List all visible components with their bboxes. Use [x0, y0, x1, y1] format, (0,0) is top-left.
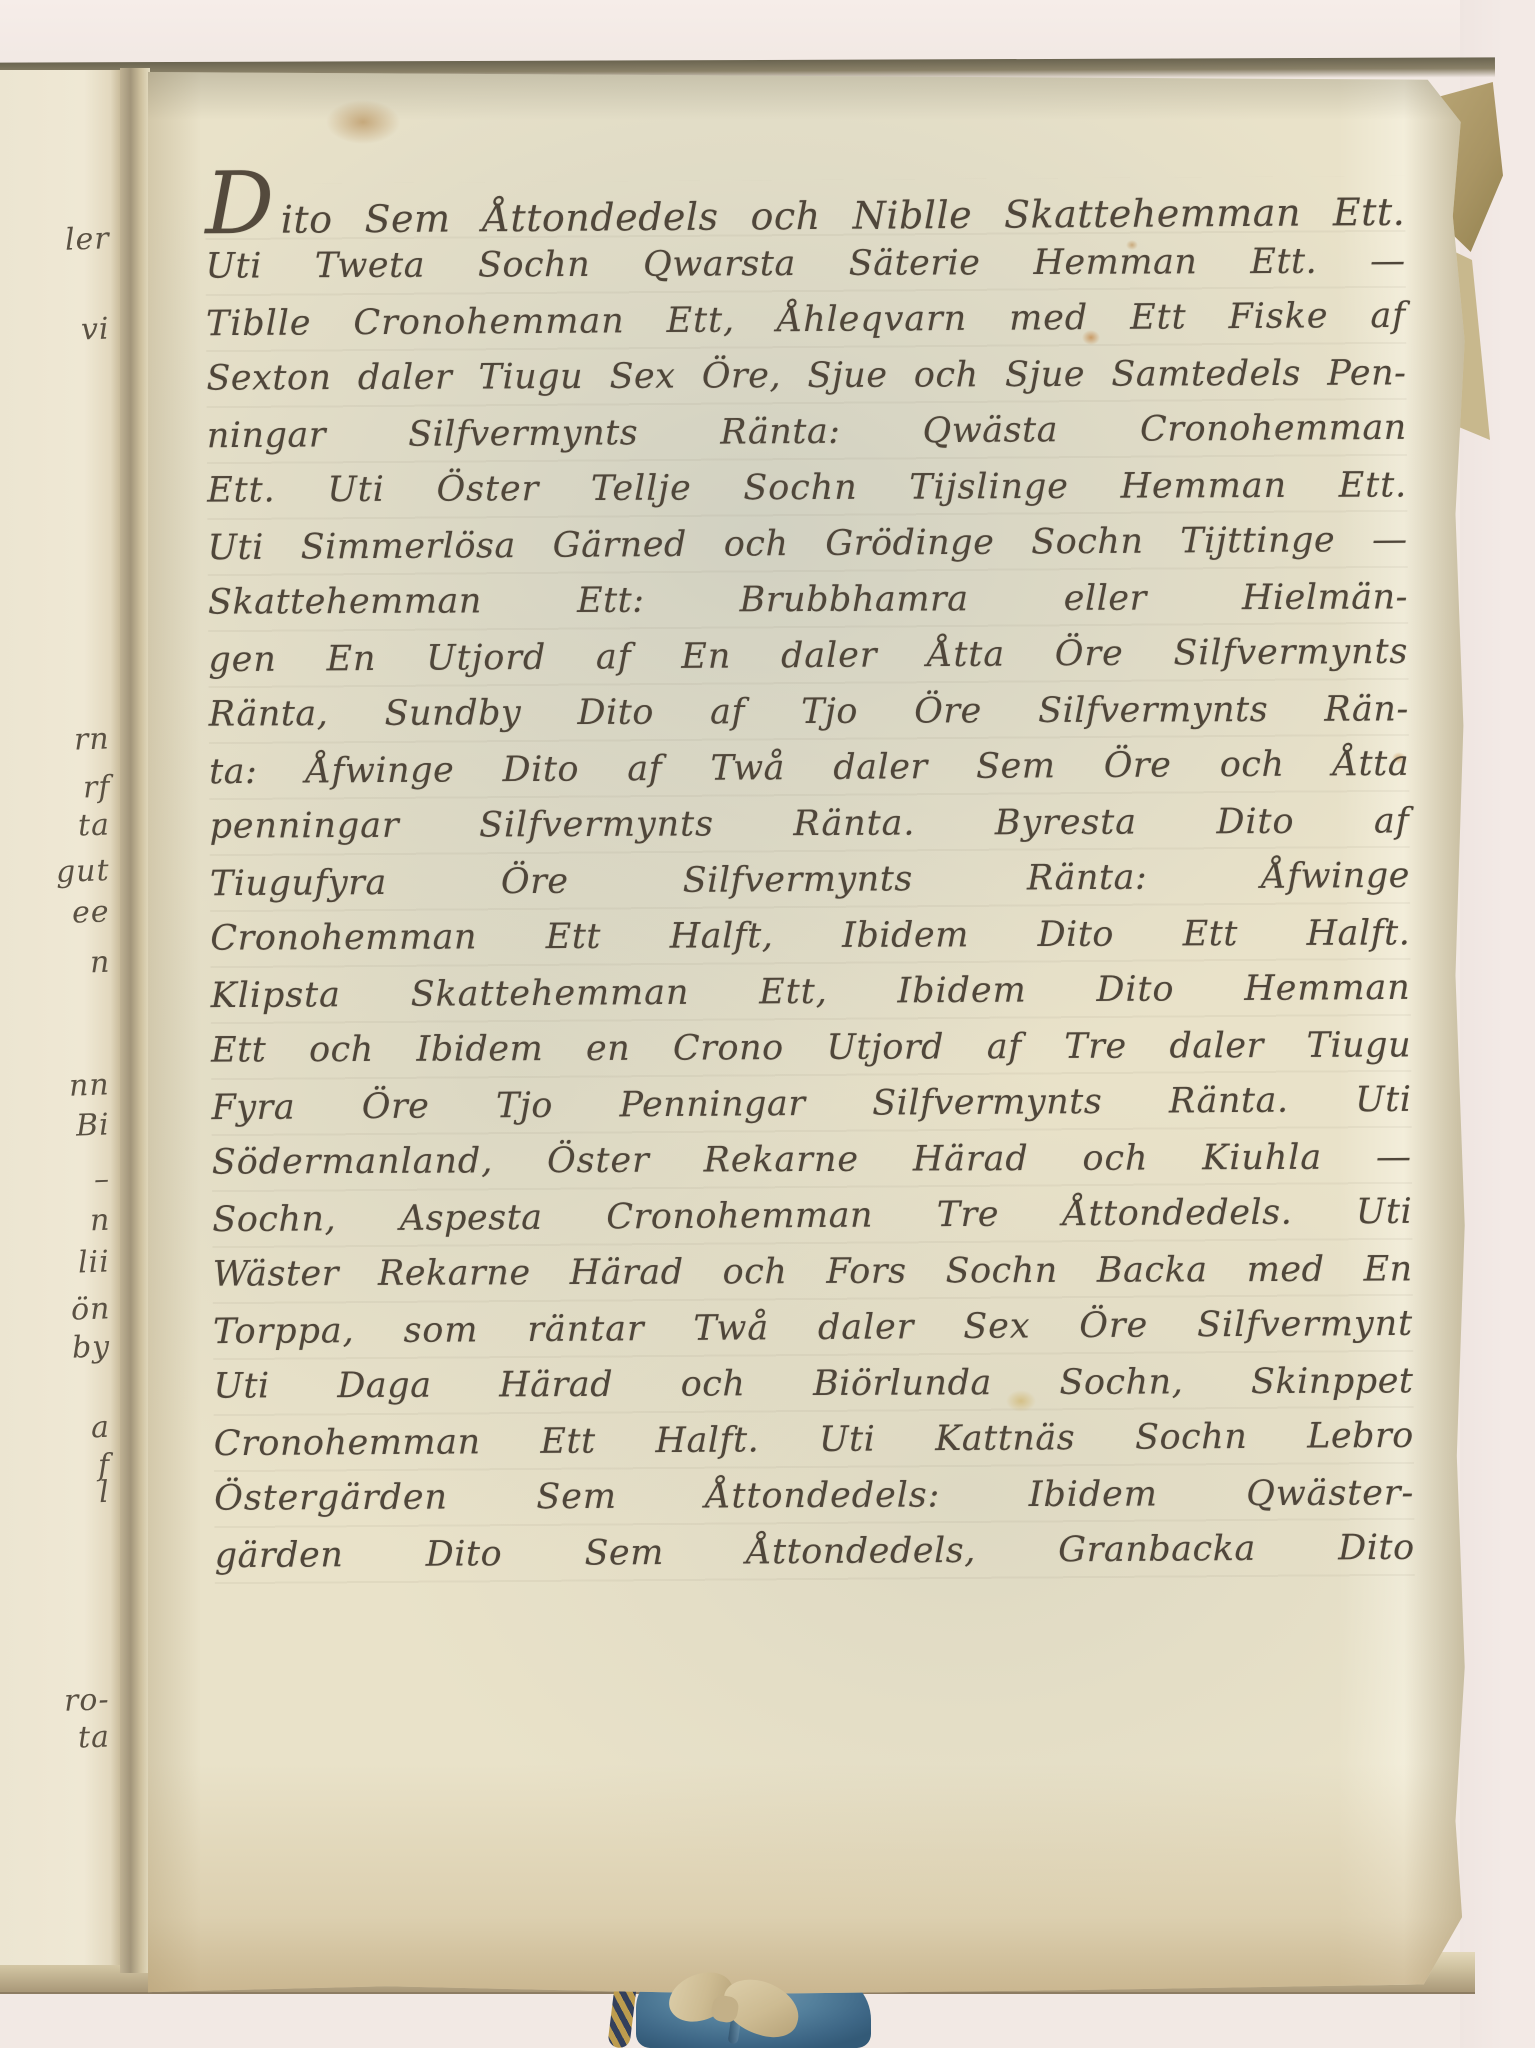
manuscript-line: Sexton daler Tiugu Sex Öre, Sjue och Sju… — [206, 345, 1406, 406]
facing-page-fragment: n — [89, 1203, 111, 1239]
manuscript-line: Uti Tweta Sochn Qwarsta Säterie Hemman E… — [205, 233, 1405, 294]
manuscript-line: gen En Utjord af En daler Åtta Öre Silfv… — [208, 624, 1408, 688]
facing-page-fragment: ta — [77, 807, 110, 843]
facing-page-fragment: ta — [77, 1719, 110, 1755]
manuscript-line: gärden Dito Sem Åttondedels, Granbacka D… — [214, 1520, 1414, 1584]
manuscript-line: Tiblle Cronohemman Ett, Åhleqvarn med Et… — [206, 288, 1406, 352]
manuscript-line: Södermanland, Öster Rekarne Härad och Ki… — [212, 1129, 1412, 1190]
manuscript-line: ta: Åfwinge Dito af Twå daler Sem Öre oc… — [209, 736, 1409, 800]
facing-page-fragment: ler — [65, 221, 111, 258]
facing-page-fragment: vi — [81, 312, 111, 348]
manuscript-page: Dito Sem Åttondedels och Niblle Skattehe… — [148, 72, 1470, 1994]
manuscript-line: Torppa, som räntar Twå daler Sex Öre Sil… — [213, 1296, 1413, 1360]
scanned-book-photo: lervirnrftaguteennnBi–nliiönbyaflro-ta D… — [0, 0, 1535, 2048]
manuscript-line: Tiugufyra Öre Silfvermynts Ränta: Åfwing… — [210, 848, 1410, 912]
manuscript-line: Uti Simmerlösa Gärned och Grödinge Sochn… — [207, 512, 1407, 576]
manuscript-line: penningar Silfvermynts Ränta. Byresta Di… — [209, 793, 1409, 854]
manuscript-line: Wäster Rekarne Härad och Fors Sochn Back… — [213, 1241, 1413, 1302]
facing-page-fragment: l — [99, 1475, 111, 1510]
book-gutter — [120, 68, 150, 1973]
facing-page-fragment: Bi — [76, 1107, 111, 1143]
manuscript-line: Cronohemman Ett Halft, Ibidem Dito Ett H… — [210, 905, 1410, 966]
manuscript-line: Ett. Uti Öster Tellje Sochn Tijslinge He… — [207, 457, 1407, 518]
manuscript-line: Sochn, Aspesta Cronohemman Tre Åttondede… — [212, 1184, 1412, 1248]
manuscript-line: Skattehemman Ett: Brubbhamra eller Hielm… — [208, 569, 1408, 630]
manuscript-line: Cronohemman Ett Halft. Uti Kattnäs Sochn… — [214, 1408, 1414, 1472]
facing-page-fragment: rf — [82, 770, 111, 806]
manuscript-line: Fyra Öre Tjo Penningar Silfvermynts Ränt… — [211, 1072, 1411, 1136]
facing-page-fragment: ro- — [64, 1682, 111, 1719]
facing-page-fragment: – — [93, 1162, 110, 1198]
facing-page-text-fragments: lervirnrftaguteennnBi–nliiönbyaflro-ta — [0, 70, 120, 1965]
manuscript-line: Ett och Ibidem en Crono Utjord af Tre da… — [211, 1017, 1411, 1078]
manuscript-line: Ränta, Sundby Dito af Tjo Öre Silfvermyn… — [209, 681, 1409, 742]
facing-page-fragment: nn — [69, 1067, 111, 1103]
manuscript-text: Dito Sem Åttondedels och Niblle Skattehe… — [205, 176, 1415, 1609]
manuscript-line: Dito Sem Åttondedels och Niblle Skattehe… — [205, 176, 1405, 240]
facing-page: lervirnrftaguteennnBi–nliiönbyaflro-ta — [0, 70, 120, 1965]
manuscript-line: ningar Silfvermynts Ränta: Qwästa Cronoh… — [207, 400, 1407, 464]
facing-page-fragment: ön — [70, 1291, 111, 1327]
paper-stain — [326, 100, 400, 144]
manuscript-line: Uti Daga Härad och Biörlunda Sochn, Skin… — [213, 1353, 1413, 1414]
facing-page-fragment: rn — [74, 721, 111, 757]
facing-page-fragment: by — [71, 1329, 110, 1365]
manuscript-line: Klipsta Skattehemman Ett, Ibidem Dito He… — [211, 960, 1411, 1024]
facing-page-fragment: n — [89, 945, 111, 981]
facing-page-fragment: gut — [56, 853, 111, 890]
facing-page-fragment: lii — [78, 1244, 111, 1280]
facing-page-fragment: a — [91, 1410, 111, 1446]
facing-page-fragment: ee — [72, 894, 111, 930]
manuscript-line: Östergärden Sem Åttondedels: Ibidem Qwäs… — [214, 1465, 1414, 1526]
